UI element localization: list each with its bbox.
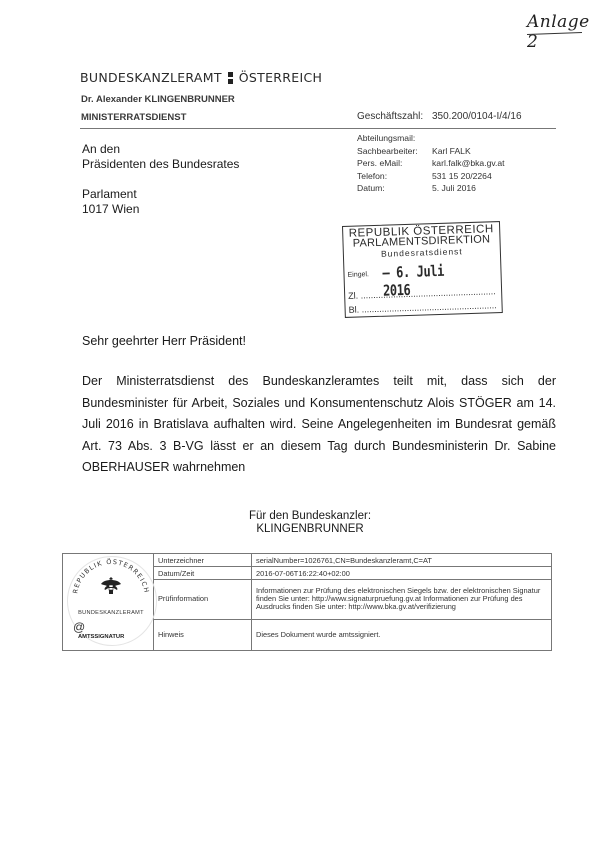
closing: Für den Bundeskanzler: KLINGENBRUNNER [200,510,420,535]
meta-row: Abteilungsmail: [357,132,505,145]
received-stamp: REPUBLIK ÖSTERREICH PARLAMENTSDIREKTION … [342,221,503,318]
reference-number: 350.200/0104-I/4/16 [432,111,522,122]
meta-row: Sachbearbeiter:Karl FALK [357,145,505,158]
letterhead-department: MINISTERRATSDIENST [81,112,186,123]
brand-right: ÖSTERREICH [239,70,322,85]
signatory: KLINGENBRUNNER [200,523,420,536]
letterhead-brand: BUNDESKANZLERAMT ÖSTERREICH [80,70,322,85]
seal-cell: REPUBLIK ÖSTERREICH BUNDESKANZLERAMT @ A… [63,554,154,651]
signature-block: REPUBLIK ÖSTERREICH BUNDESKANZLERAMT @ A… [62,553,552,651]
brand-left: BUNDESKANZLERAMT [80,70,222,85]
recipient-address: An den Präsidenten des Bundesrates Parla… [82,142,239,217]
reference-label: Geschäftszahl: [357,111,423,122]
amtssignatur-seal: REPUBLIK ÖSTERREICH BUNDESKANZLERAMT @ A… [63,554,159,650]
meta-row: Pers. eMail:karl.falk@bka.gv.at [357,157,505,170]
letterhead-person: Dr. Alexander KLINGENBRUNNER [81,94,235,105]
email-link[interactable]: karl.falk@bka.gv.at [432,157,505,170]
verification-info: Informationen zur Prüfung des elektronis… [252,580,552,619]
brand-mark-icon [228,72,233,84]
contact-meta: Abteilungsmail: Sachbearbeiter:Karl FALK… [357,132,505,195]
header-divider [80,128,556,129]
meta-row: Telefon:531 15 20/2264 [357,170,505,183]
eagle-icon [99,574,123,598]
at-icon: @ [73,620,85,634]
salutation: Sehr geehrter Herr Präsident! [82,334,246,348]
meta-row: Datum:5. Juli 2016 [357,182,505,195]
letter-body: Der Ministerratsdienst des Bundeskanzler… [82,371,556,479]
